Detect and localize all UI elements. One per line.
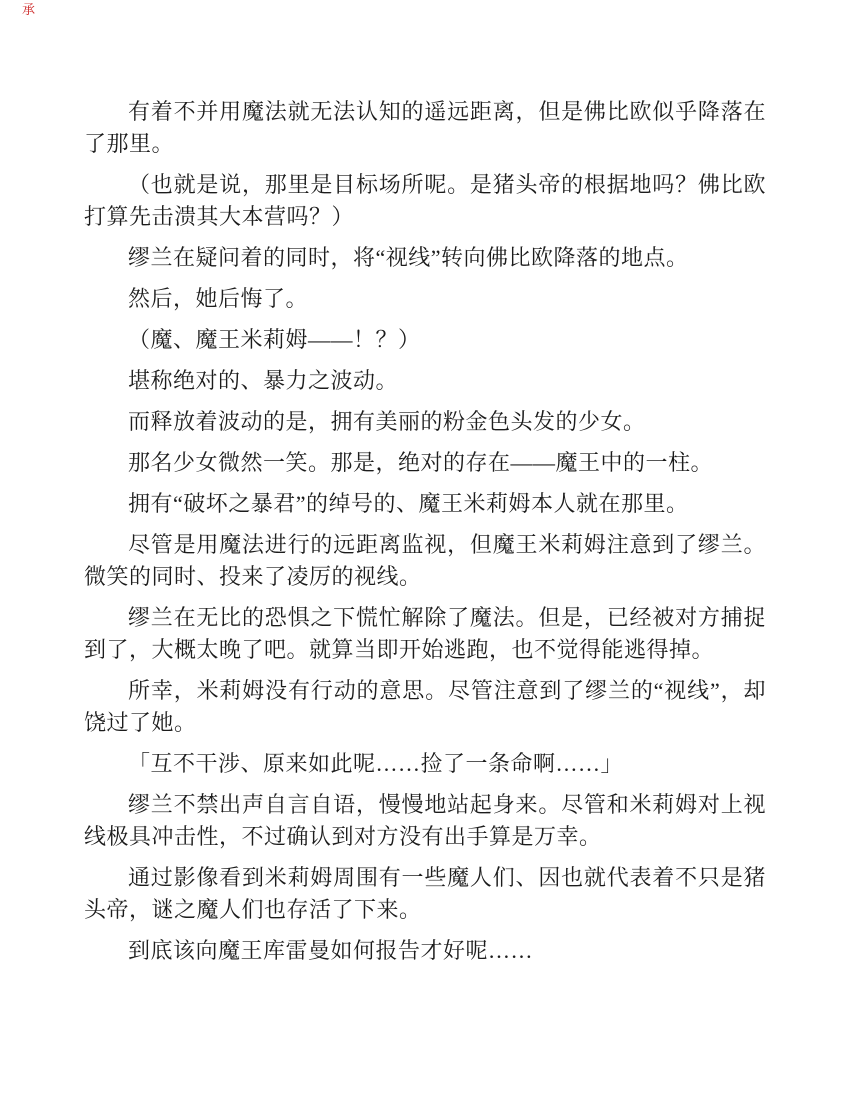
paragraph: 然后，她后悔了。 (84, 283, 766, 315)
paragraph: 尽管是用魔法进行的远距离监视，但魔王米莉姆注意到了缪兰。微笑的同时、投来了凌厉的… (84, 529, 766, 593)
paragraph: 堪称绝对的、暴力之波动。 (84, 365, 766, 397)
novel-text-body: 有着不并用魔法就无法认知的遥远距离，但是佛比欧似乎降落在了那里。 （也就是说，那… (84, 96, 766, 967)
paragraph: 拥有“破坏之暴君”的绰号的、魔王米莉姆本人就在那里。 (84, 488, 766, 520)
paragraph: 所幸，米莉姆没有行动的意思。尽管注意到了缪兰的“视线”，却饶过了她。 (84, 675, 766, 739)
paragraph: 到底该向魔王库雷曼如何报告才好呢…… (84, 935, 766, 967)
paragraph: 那名少女微然一笑。那是，绝对的存在——魔王中的一柱。 (84, 447, 766, 479)
paragraph: （魔、魔王米莉姆——！？） (84, 324, 766, 356)
red-corner-mark-icon: 承 (22, 3, 35, 17)
paragraph: （也就是说，那里是目标场所呢。是猪头帝的根据地吗？佛比欧打算先击溃其大本营吗？） (84, 169, 766, 233)
paragraph: 而释放着波动的是，拥有美丽的粉金色头发的少女。 (84, 406, 766, 438)
paragraph: 通过影像看到米莉姆周围有一些魔人们、因也就代表着不只是猪头帝，谜之魔人们也存活了… (84, 862, 766, 926)
paragraph: 「互不干涉、原来如此呢……捡了一条命啊……」 (84, 748, 766, 780)
document-page: 承 有着不并用魔法就无法认知的遥远距离，但是佛比欧似乎降落在了那里。 （也就是说… (0, 0, 850, 1100)
paragraph: 缪兰在无比的恐惧之下慌忙解除了魔法。但是，已经被对方捕捉到了，大概太晚了吧。就算… (84, 602, 766, 666)
paragraph: 缪兰在疑问着的同时，将“视线”转向佛比欧降落的地点。 (84, 242, 766, 274)
paragraph: 缪兰不禁出声自言自语，慢慢地站起身来。尽管和米莉姆对上视线极具冲击性，不过确认到… (84, 789, 766, 853)
paragraph: 有着不并用魔法就无法认知的遥远距离，但是佛比欧似乎降落在了那里。 (84, 96, 766, 160)
